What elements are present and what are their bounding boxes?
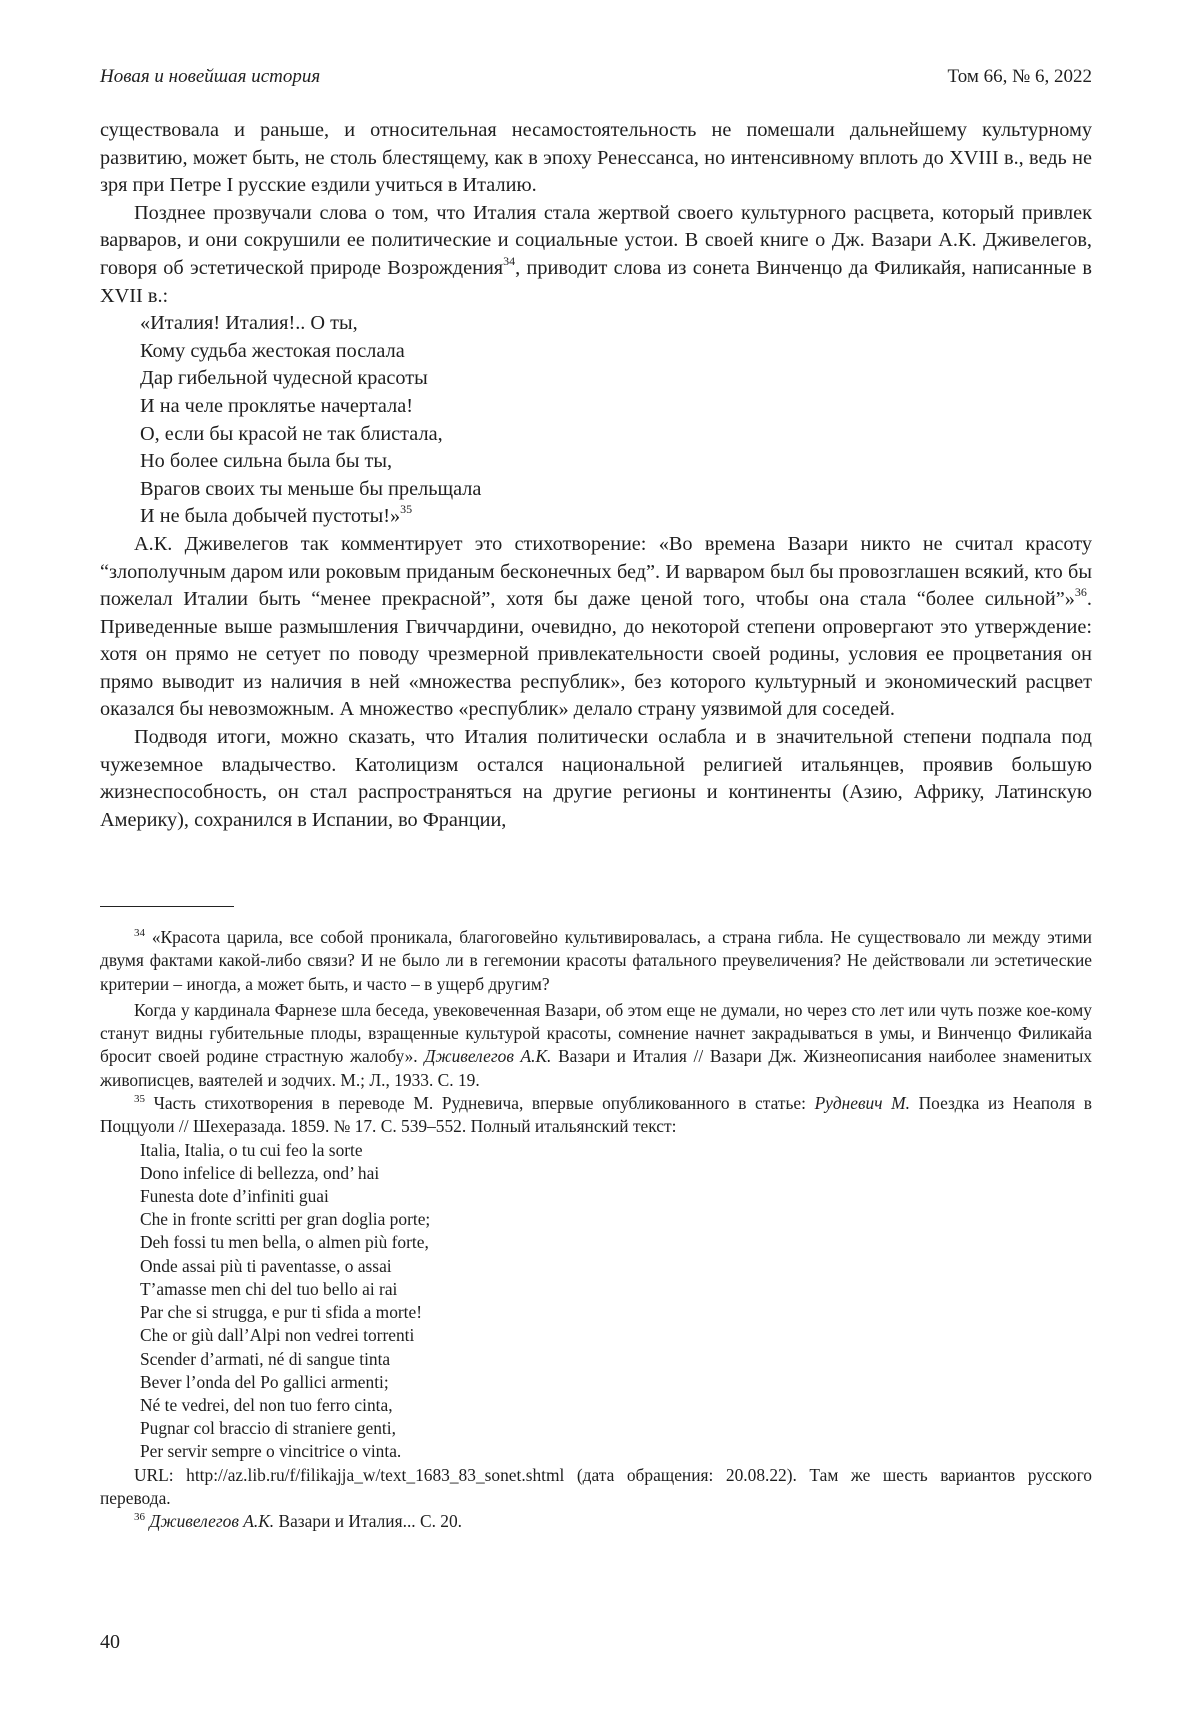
url-label: URL: [134,1465,174,1485]
poem-line: Deh fossi tu men bella, o almen più fort… [140,1231,1092,1254]
poem-line: Per servir sempre o vincitrice o vinta. [140,1440,1092,1463]
page-number: 40 [100,1631,120,1654]
poem-line: «Италия! Италия!.. О ты, [140,310,1092,338]
source-url-link[interactable]: http://az.lib.ru/f/filikajja_w/text_1683… [186,1465,564,1485]
issue-info: Том 66, № 6, 2022 [948,66,1092,88]
poem-line: Né te vedrei, del non tuo ferro cinta, [140,1394,1092,1417]
footnote-34-continued: Когда у кардинала Фарнезе шла беседа, ув… [100,999,1092,1092]
footnote-35: 35 Часть стихотворения в переводе М. Руд… [100,1092,1092,1139]
poem-line: Par che si strugga, e pur ti sfida a mor… [140,1301,1092,1324]
footnote-ref-35[interactable]: 35 [400,502,412,516]
paragraph-2: Позднее прозвучали слова о том, что Итал… [100,200,1092,310]
paragraph-3: А.К. Дживелегов так комментирует это сти… [100,531,1092,724]
footnote-text: «Красота царила, все собой проникала, бл… [100,927,1092,994]
footnote-36: 36 Дживелегов А.К. Вазари и Италия... С.… [100,1510,1092,1533]
paragraph-1: существовала и раньше, и относительная н… [100,117,1092,200]
russian-poem: «Италия! Италия!.. О ты, Кому судьба жес… [100,310,1092,531]
footnote-35-url: URL: http://az.lib.ru/f/filikajja_w/text… [100,1464,1092,1511]
poem-line: Кому судьба жестокая послала [140,338,1092,366]
paragraph-4: Подводя итоги, можно сказать, что Италия… [100,724,1092,834]
footnote-ref-36[interactable]: 36 [1075,585,1087,599]
poem-line: Pugnar col braccio di straniere genti, [140,1417,1092,1440]
footnote-text: Часть стихотворения в переводе М. Руднев… [154,1093,806,1113]
footnote-separator [100,906,234,907]
footnotes: 34 «Красота царила, все собой проникала,… [100,926,1092,1533]
poem-line: Но более сильна была бы ты, [140,448,1092,476]
poem-line: Che or giù dall’Alpi non vedrei torrenti [140,1324,1092,1347]
footnote-reference: Вазари и Италия... С. 20. [278,1511,462,1531]
poem-line: Onde assai più ti paventasse, o assai [140,1255,1092,1278]
footnote-author: Дживелегов А.К. [149,1511,274,1531]
journal-title: Новая и новейшая история [100,66,320,88]
footnote-number: 35 [134,1093,145,1105]
poem-line: Dono infelice di bellezza, ond’ hai [140,1162,1092,1185]
footnote-author: Дживелегов А.К. [424,1046,551,1066]
poem-line: Дар гибельной чудесной красоты [140,365,1092,393]
poem-line: О, если бы красой не так блистала, [140,421,1092,449]
footnote-34: 34 «Красота царила, все собой проникала,… [100,926,1092,996]
poem-line-text: И не была добычей пустоты!» [140,505,400,527]
poem-line: T’amasse men chi del tuo bello ai rai [140,1278,1092,1301]
poem-line: Italia, Italia, o tu cui feo la sorte [140,1139,1092,1162]
italian-poem: Italia, Italia, o tu cui feo la sorte Do… [100,1139,1092,1464]
poem-line: Bever l’onda del Po gallici armenti; [140,1371,1092,1394]
footnote-ref-34[interactable]: 34 [503,254,515,268]
running-header: Новая и новейшая история Том 66, № 6, 20… [100,66,1092,92]
poem-line: Scender d’armati, né di sangue tinta [140,1348,1092,1371]
poem-line: Che in fronte scritti per gran doglia po… [140,1208,1092,1231]
footnote-number: 34 [134,927,145,939]
footnote-number: 36 [134,1511,145,1523]
poem-line: И на челе проклятье начертала! [140,393,1092,421]
poem-line: Funesta dote d’infiniti guai [140,1185,1092,1208]
footnote-author: Рудневич М. [815,1093,910,1113]
paragraph-3-text: А.К. Дживелегов так комментирует это сти… [100,533,1092,610]
poem-line: Врагов своих ты меньше бы прельщала [140,476,1092,504]
main-text: существовала и раньше, и относительная н… [100,117,1092,834]
poem-line-last: И не была добычей пустоты!»35 [140,503,1092,531]
